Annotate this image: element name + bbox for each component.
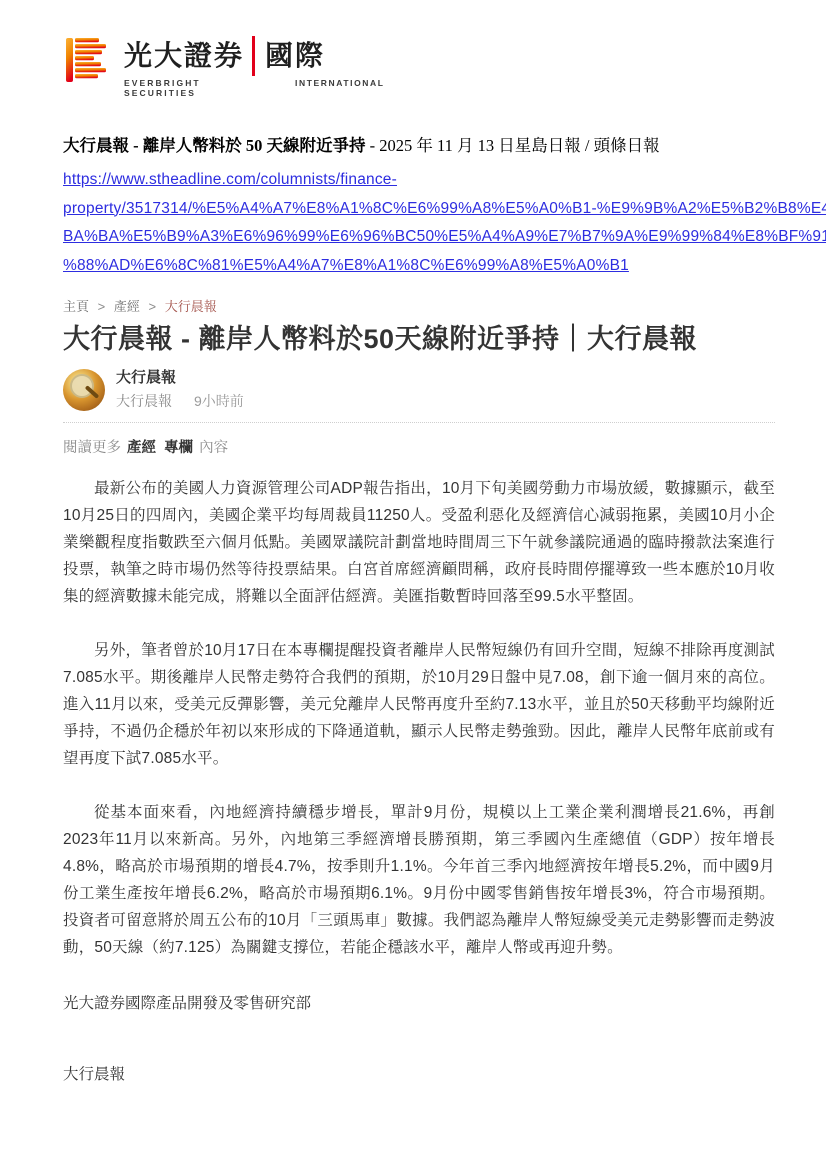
logo-cn-region: 國際 [265,40,325,72]
document-page: 光大證券 國際 EVERBRIGHT SECURITIES INTERNATIO… [0,0,826,1088]
author-byline: 大行晨報 [116,391,172,411]
doc-title-bold: 大行晨報 - 離岸人幣料於 50 天線附近爭持 [63,136,366,155]
article-title: 大行晨報 - 離岸人幣料於50天線附近爭持｜大行晨報 [63,322,775,356]
author-meta: 大行晨報 大行晨報 9小時前 [116,368,244,411]
breadcrumb-finance[interactable]: 產經 [114,299,140,314]
paragraph-cnh-outlook: 另外，筆者曾於10月17日在本專欄提醒投資者離岸人民幣短線仍有回升空間，短線不排… [63,637,775,772]
breadcrumb-separator: > [98,299,106,314]
url-line-2[interactable]: property/3517314/%E5%A4%A7%E8%A1%8C%E6%9… [63,195,775,224]
logo-en-name: EVERBRIGHT SECURITIES [124,78,274,98]
everbright-logo: 光大證券 國際 EVERBRIGHT SECURITIES INTERNATIO… [63,36,775,98]
doc-title-date: - 2025 年 11 月 13 日星島日報 / 頭條日報 [366,136,660,155]
breadcrumb-home[interactable]: 主頁 [63,299,89,314]
logo-divider [252,36,255,76]
author-block: 大行晨報 大行晨報 9小時前 [63,368,775,411]
url-line-4[interactable]: %88%AD%E6%8C%81%E5%A4%A7%E8%A1%8C%E6%99%… [63,252,775,281]
read-more-row: 閱讀更多 產經 專欄 內容 [63,436,775,457]
everbright-logo-icon [63,36,111,84]
url-line-3[interactable]: BA%BA%E5%B9%A3%E6%96%99%E6%96%BC50%E5%A4… [63,223,775,252]
read-more-prefix: 閱讀更多 [63,440,121,456]
author-name[interactable]: 大行晨報 [116,368,244,388]
breadcrumb: 主頁 > 產經 > 大行晨報 [63,296,775,315]
research-dept-line: 光大證券國際產品開發及零售研究部 [63,990,775,1017]
article-body: 最新公布的美國人力資源管理公司ADP報告指出，10月下旬美國勞動力市場放緩，數據… [63,475,775,961]
tag-column[interactable]: 專欄 [164,440,193,456]
paragraph-china-fundamentals: 從基本面來看，內地經濟持續穩步增長，單計9月份，規模以上工業企業利潤增長21.6… [63,799,775,961]
tag-finance[interactable]: 產經 [127,440,156,456]
dotted-divider [63,422,775,423]
publish-time: 9小時前 [194,391,244,411]
logo-cn-name: 光大證券 [124,40,244,72]
author-avatar[interactable] [63,369,105,411]
paragraph-us-economy: 最新公布的美國人力資源管理公司ADP報告指出，10月下旬美國勞動力市場放緩，數據… [63,475,775,610]
article-url-link[interactable]: https://www.stheadline.com/columnists/fi… [63,166,775,280]
article-footer: 光大證券國際產品開發及零售研究部 大行晨報 [63,990,775,1088]
column-name-line: 大行晨報 [63,1061,775,1088]
logo-wordmark: 光大證券 國際 EVERBRIGHT SECURITIES INTERNATIO… [124,36,385,98]
breadcrumb-separator: > [149,299,157,314]
read-more-suffix: 內容 [199,440,228,456]
breadcrumb-current[interactable]: 大行晨報 [165,299,217,314]
doc-title-line: 大行晨報 - 離岸人幣料於 50 天線附近爭持 - 2025 年 11 月 13… [63,135,775,157]
url-line-1[interactable]: https://www.stheadline.com/columnists/fi… [63,166,775,195]
logo-en-region: INTERNATIONAL [295,78,385,98]
